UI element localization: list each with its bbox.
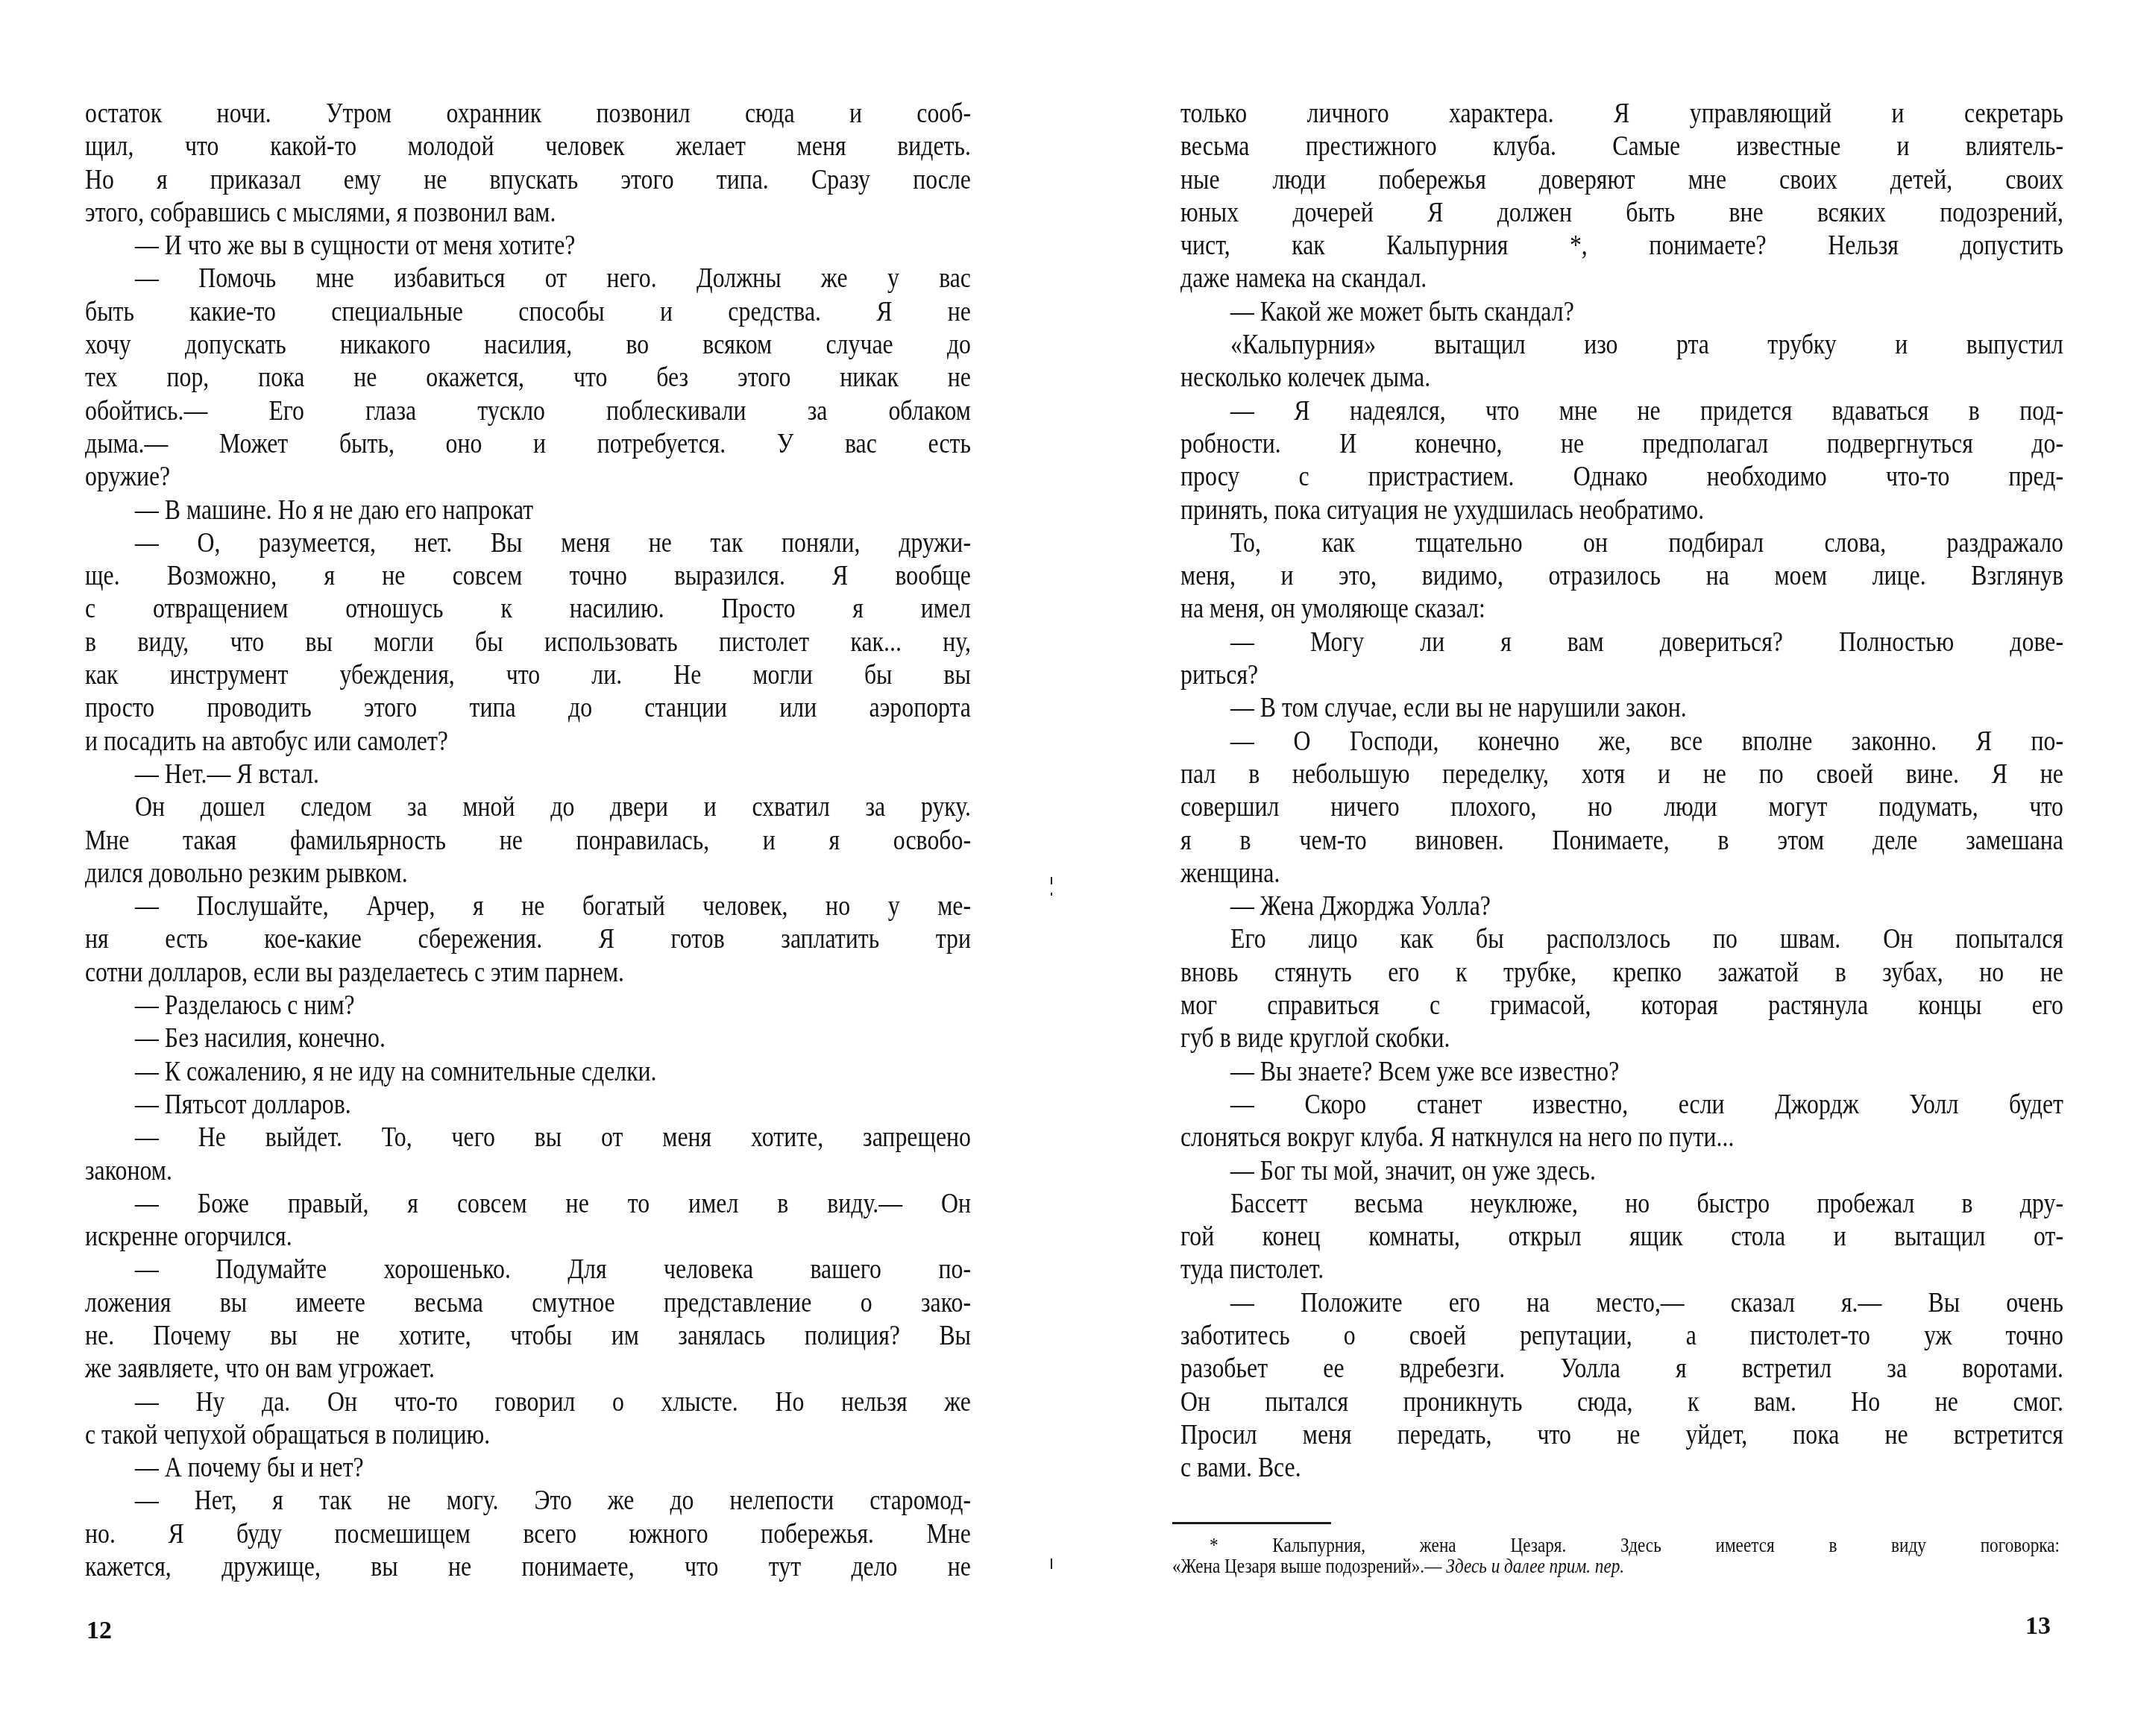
text-line-content: на меня, он умоляюще сказал: <box>1180 593 2063 626</box>
text-line-content: — О, разумеется, нет. Вы меня не так пон… <box>85 527 971 560</box>
text-line: робности. И конечно, не предполагал подв… <box>1180 428 2063 461</box>
text-line: Его лицо как бы расползлось по швам. Он … <box>1180 923 2063 956</box>
text-line-content: щил, что какой-то молодой человек желает… <box>85 130 971 163</box>
footnote-line: * Кальпурния, жена Цезаря. Здесь имеется… <box>1172 1535 2060 1556</box>
text-line: ще. Возможно, я не совсем точно выразилс… <box>85 560 971 593</box>
scan-speck <box>1051 1559 1052 1569</box>
text-line: же заявляете, что он вам угрожает. <box>85 1353 971 1386</box>
scan-speck <box>1051 893 1052 896</box>
text-line-content: «Кальпурния» вытащил изо рта трубку и вы… <box>1180 329 2063 362</box>
footnote-line-1-text: * Кальпурния, жена Цезаря. Здесь имеется… <box>1172 1535 2060 1556</box>
text-line-content: дился довольно резким рывком. <box>85 858 971 890</box>
text-line-content: просу с пристрастием. Однако необходимо … <box>1180 461 2063 494</box>
text-line: — В том случае, если вы не нарушили зако… <box>1180 692 2063 725</box>
text-line: обойтись.— Его глаза тускло поблескивали… <box>85 395 971 428</box>
text-line: — Пятьсот долларов. <box>85 1089 971 1122</box>
text-line-content: я в чем-то виновен. Понимаете, в этом де… <box>1180 825 2063 858</box>
text-line-content: меня, и это, видимо, отразилось на моем … <box>1180 560 2063 593</box>
text-line: не. Почему вы не хотите, чтобы им заняла… <box>85 1320 971 1353</box>
text-line-content: — Подумайте хорошенько. Для человека ваш… <box>85 1254 971 1286</box>
text-line-content: — В том случае, если вы не нарушили зако… <box>1180 692 2063 725</box>
text-line-content: Бассетт весьма неуклюже, но быстро пробе… <box>1180 1188 2063 1221</box>
text-line-content: — Ну да. Он что-то говорил о хлысте. Но … <box>85 1386 971 1419</box>
text-line: — Скоро станет известно, если Джордж Уол… <box>1180 1089 2063 1122</box>
scan-speck <box>1051 877 1052 884</box>
text-line: — И что же вы в сущности от меня хотите? <box>85 230 971 262</box>
text-line-content: — К сожалению, я не иду на сомнительные … <box>85 1056 971 1089</box>
text-line: — Какой же может быть скандал? <box>1180 296 2063 329</box>
text-line: слоняться вокруг клуба. Я наткнулся на н… <box>1180 1122 2063 1154</box>
text-line: То, как тщательно он подбирал слова, раз… <box>1180 527 2063 560</box>
text-line-content: как инструмент убеждения, что ли. Не мог… <box>85 659 971 692</box>
text-line-content: Он пытался проникнуть сюда, к вам. Но не… <box>1180 1386 2063 1419</box>
text-line: но. Я буду посмешищем всего южного побер… <box>85 1518 971 1551</box>
text-line-content: принять, пока ситуация не ухудшилась нео… <box>1180 494 2063 527</box>
text-line-content: — А почему бы и нет? <box>85 1452 971 1485</box>
text-line-content: — Бог ты мой, значит, он уже здесь. <box>1180 1155 2063 1188</box>
footnote-line: «Жена Цезаря выше подозрений».— Здесь и … <box>1172 1556 2060 1576</box>
text-line-content: ложения вы имеете весьма смутное предста… <box>85 1287 971 1320</box>
text-line-content: — В машине. Но я не даю его напрокат <box>85 494 971 527</box>
text-line: — Могу ли я вам довериться? Полностью до… <box>1180 626 2063 659</box>
footnote-line-2-text: «Жена Цезаря выше подозрений».— Здесь и … <box>1172 1556 2060 1576</box>
footnote: * Кальпурния, жена Цезаря. Здесь имеется… <box>1172 1535 2060 1576</box>
text-line: весьма престижного клуба. Самые известны… <box>1180 130 2063 163</box>
text-line: с отвращением отношусь к насилию. Просто… <box>85 593 971 626</box>
text-line: остаток ночи. Утром охранник позвонил сю… <box>85 98 971 130</box>
text-line-content: заботитесь о своей репутации, а пистолет… <box>1180 1320 2063 1353</box>
text-line-content: — Могу ли я вам довериться? Полностью до… <box>1180 626 2063 659</box>
text-line-content: Он дошел следом за мной до двери и схват… <box>85 791 971 824</box>
text-line: с вами. Все. <box>1180 1452 2063 1485</box>
text-line-content: — Не выйдет. То, чего вы от меня хотите,… <box>85 1122 971 1154</box>
text-line-content: Мне такая фамильярность не понравилась, … <box>85 825 971 858</box>
text-line: законом. <box>85 1155 971 1188</box>
text-line-content: — Жена Джорджа Уолла? <box>1180 890 2063 923</box>
text-line-content: Но я приказал ему не впускать этого типа… <box>85 164 971 197</box>
text-line: — Бог ты мой, значит, он уже здесь. <box>1180 1155 2063 1188</box>
text-line: только личного характера. Я управляющий … <box>1180 98 2063 130</box>
text-line: этого, собравшись с мыслями, я позвонил … <box>85 197 971 230</box>
text-line: дился довольно резким рывком. <box>85 858 971 890</box>
text-line-content: Просил меня передать, что не уйдет, пока… <box>1180 1419 2063 1452</box>
text-line-content: — Нет.— Я встал. <box>85 758 971 791</box>
text-line: разобьет ее вдребезги. Уолла я встретил … <box>1180 1353 2063 1386</box>
text-line-content: гой конец комнаты, открыл ящик стола и в… <box>1180 1221 2063 1254</box>
text-line: — Боже правый, я совсем не то имел в вид… <box>85 1188 971 1221</box>
text-line-content: юных дочерей Я должен быть вне всяких по… <box>1180 197 2063 230</box>
text-line-content: весьма престижного клуба. Самые известны… <box>1180 130 2063 163</box>
text-line-content: хочу допускать никакого насилия, во всяк… <box>85 329 971 362</box>
text-line-content: и посадить на автобус или самолет? <box>85 726 971 758</box>
text-line-content: ще. Возможно, я не совсем точно выразилс… <box>85 560 971 593</box>
text-line: даже намека на скандал. <box>1180 262 2063 295</box>
book-spread: остаток ночи. Утром охранник позвонил сю… <box>0 0 2132 1736</box>
text-line: с такой чепухой обращаться в полицию. <box>85 1419 971 1452</box>
text-line: — Подумайте хорошенько. Для человека ваш… <box>85 1254 971 1286</box>
text-line-content: несколько колечек дыма. <box>1180 362 2063 394</box>
text-line: просто проводить этого типа до станции и… <box>85 692 971 725</box>
text-line: тех пор, пока не окажется, что без этого… <box>85 362 971 394</box>
right-page-number: 13 <box>2025 1614 2051 1639</box>
text-line: женщина. <box>1180 858 2063 890</box>
text-line-content: даже намека на скандал. <box>1180 262 2063 295</box>
text-line-content: — О Господи, конечно же, все вполне зако… <box>1180 726 2063 758</box>
text-line-content: с отвращением отношусь к насилию. Просто… <box>85 593 971 626</box>
text-line: — Нет.— Я встал. <box>85 758 971 791</box>
text-line-content: пал в небольшую переделку, хотя и не по … <box>1180 758 2063 791</box>
text-line-content: же заявляете, что он вам угрожает. <box>85 1353 971 1386</box>
text-line: — О Господи, конечно же, все вполне зако… <box>1180 726 2063 758</box>
text-line-content: с такой чепухой обращаться в полицию. <box>85 1419 971 1452</box>
text-line: — Не выйдет. То, чего вы от меня хотите,… <box>85 1122 971 1154</box>
text-line: Но я приказал ему не впускать этого типа… <box>85 164 971 197</box>
text-line: губ в виде круглой скобки. <box>1180 1022 2063 1055</box>
text-line-content: дыма.— Может быть, оно и потребуется. У … <box>85 428 971 461</box>
text-line-content: оружие? <box>85 461 971 494</box>
text-line-content: тех пор, пока не окажется, что без этого… <box>85 362 971 394</box>
text-line: — Вы знаете? Всем уже все известно? <box>1180 1056 2063 1089</box>
text-line: дыма.— Может быть, оно и потребуется. У … <box>85 428 971 461</box>
text-line-content: Его лицо как бы расползлось по швам. Он … <box>1180 923 2063 956</box>
text-line: хочу допускать никакого насилия, во всяк… <box>85 329 971 362</box>
text-line: — Жена Джорджа Уолла? <box>1180 890 2063 923</box>
text-line: заботитесь о своей репутации, а пистолет… <box>1180 1320 2063 1353</box>
text-line-content: этого, собравшись с мыслями, я позвонил … <box>85 197 971 230</box>
text-line: риться? <box>1180 659 2063 692</box>
text-line: Мне такая фамильярность не понравилась, … <box>85 825 971 858</box>
text-line: щил, что какой-то молодой человек желает… <box>85 130 971 163</box>
text-line: туда пистолет. <box>1180 1254 2063 1286</box>
text-line-content: кажется, дружище, вы не понимаете, что т… <box>85 1551 971 1584</box>
text-line: Бассетт весьма неуклюже, но быстро пробе… <box>1180 1188 2063 1221</box>
text-line: ня есть кое-какие сбережения. Я готов за… <box>85 923 971 956</box>
text-line-content: ные люди побережья доверяют мне своих де… <box>1180 164 2063 197</box>
footnote-separator-rule <box>1172 1522 1331 1524</box>
text-line-content: — Я надеялся, что мне не придется вдават… <box>1180 395 2063 428</box>
text-line: — Ну да. Он что-то говорил о хлысте. Но … <box>85 1386 971 1419</box>
text-line: мог справиться с гримасой, которая растя… <box>1180 990 2063 1022</box>
text-line-content: — Разделаюсь с ним? <box>85 990 971 1022</box>
text-line: я в чем-то виновен. Понимаете, в этом де… <box>1180 825 2063 858</box>
text-line-content: ня есть кое-какие сбережения. Я готов за… <box>85 923 971 956</box>
text-line-content: женщина. <box>1180 858 2063 890</box>
text-line-content: с вами. Все. <box>1180 1452 2063 1485</box>
text-line: быть какие-то специальные способы и сред… <box>85 296 971 329</box>
text-line-content: — Положите его на место,— сказал я.— Вы … <box>1180 1287 2063 1320</box>
text-line-content: чист, как Кальпурния *, понимаете? Нельз… <box>1180 230 2063 262</box>
footnote-quote: «Жена Цезаря выше подозрений».— <box>1172 1555 1446 1577</box>
text-line: несколько колечек дыма. <box>1180 362 2063 394</box>
text-line-content: не. Почему вы не хотите, чтобы им заняла… <box>85 1320 971 1353</box>
translator-note: Здесь и далее прим. пер. <box>1446 1555 1624 1577</box>
text-line: — Я надеялся, что мне не придется вдават… <box>1180 395 2063 428</box>
text-line: просу с пристрастием. Однако необходимо … <box>1180 461 2063 494</box>
text-line-content: — И что же вы в сущности от меня хотите? <box>85 230 971 262</box>
text-line: Он дошел следом за мной до двери и схват… <box>85 791 971 824</box>
text-line: ные люди побережья доверяют мне своих де… <box>1180 164 2063 197</box>
text-line: — Положите его на место,— сказал я.— Вы … <box>1180 1287 2063 1320</box>
text-line: — О, разумеется, нет. Вы меня не так пон… <box>85 527 971 560</box>
text-line: — Без насилия, конечно. <box>85 1022 971 1055</box>
text-line-content: разобьет ее вдребезги. Уолла я встретил … <box>1180 1353 2063 1386</box>
text-line-content: робности. И конечно, не предполагал подв… <box>1180 428 2063 461</box>
text-line-content: слоняться вокруг клуба. Я наткнулся на н… <box>1180 1122 2063 1154</box>
text-line-content: просто проводить этого типа до станции и… <box>85 692 971 725</box>
text-line-content: — Вы знаете? Всем уже все известно? <box>1180 1056 2063 1089</box>
text-line: совершил ничего плохого, но люди могут п… <box>1180 791 2063 824</box>
text-line-content: риться? <box>1180 659 2063 692</box>
text-line-content: только личного характера. Я управляющий … <box>1180 98 2063 130</box>
text-line-content: быть какие-то специальные способы и сред… <box>85 296 971 329</box>
left-page-text-column: остаток ночи. Утром охранник позвонил сю… <box>85 98 971 1584</box>
left-page-number: 12 <box>87 1618 112 1644</box>
text-line-content: — Послушайте, Арчер, я не богатый челове… <box>85 890 971 923</box>
text-line-content: искренне огорчился. <box>85 1221 971 1254</box>
text-line: Просил меня передать, что не уйдет, пока… <box>1180 1419 2063 1452</box>
text-line: — Помочь мне избавиться от него. Должны … <box>85 262 971 295</box>
text-line-content: туда пистолет. <box>1180 1254 2063 1286</box>
text-line-content: губ в виде круглой скобки. <box>1180 1022 2063 1055</box>
text-line-content: — Скоро станет известно, если Джордж Уол… <box>1180 1089 2063 1122</box>
text-line-content: — Без насилия, конечно. <box>85 1022 971 1055</box>
text-line-content: но. Я буду посмешищем всего южного побер… <box>85 1518 971 1551</box>
text-line-content: в виду, что вы могли бы использовать пис… <box>85 626 971 659</box>
text-line-content: сотни долларов, если вы разделаетесь с э… <box>85 957 971 990</box>
text-line: кажется, дружище, вы не понимаете, что т… <box>85 1551 971 1584</box>
text-line: в виду, что вы могли бы использовать пис… <box>85 626 971 659</box>
text-line: Он пытался проникнуть сюда, к вам. Но не… <box>1180 1386 2063 1419</box>
text-line: гой конец комнаты, открыл ящик стола и в… <box>1180 1221 2063 1254</box>
text-line-content: То, как тщательно он подбирал слова, раз… <box>1180 527 2063 560</box>
text-line: принять, пока ситуация не ухудшилась нео… <box>1180 494 2063 527</box>
text-line: «Кальпурния» вытащил изо рта трубку и вы… <box>1180 329 2063 362</box>
right-page: только личного характера. Я управляющий … <box>1059 0 2132 1736</box>
text-line: — А почему бы и нет? <box>85 1452 971 1485</box>
right-page-text-column: только личного характера. Я управляющий … <box>1180 98 2063 1485</box>
text-line: на меня, он умоляюще сказал: <box>1180 593 2063 626</box>
text-line: чист, как Кальпурния *, понимаете? Нельз… <box>1180 230 2063 262</box>
text-line: искренне огорчился. <box>85 1221 971 1254</box>
text-line-content: — Боже правый, я совсем не то имел в вид… <box>85 1188 971 1221</box>
text-line: юных дочерей Я должен быть вне всяких по… <box>1180 197 2063 230</box>
text-line-content: — Какой же может быть скандал? <box>1180 296 2063 329</box>
text-line-content: — Нет, я так не могу. Это же до нелепост… <box>85 1485 971 1518</box>
text-line: сотни долларов, если вы разделаетесь с э… <box>85 957 971 990</box>
text-line: — Послушайте, Арчер, я не богатый челове… <box>85 890 971 923</box>
left-page: остаток ночи. Утром охранник позвонил сю… <box>0 0 1059 1736</box>
text-line-content: законом. <box>85 1155 971 1188</box>
text-line-content: мог справиться с гримасой, которая растя… <box>1180 990 2063 1022</box>
text-line-content: обойтись.— Его глаза тускло поблескивали… <box>85 395 971 428</box>
text-line: оружие? <box>85 461 971 494</box>
text-line-content: совершил ничего плохого, но люди могут п… <box>1180 791 2063 824</box>
text-line: меня, и это, видимо, отразилось на моем … <box>1180 560 2063 593</box>
text-line: и посадить на автобус или самолет? <box>85 726 971 758</box>
text-line-content: — Пятьсот долларов. <box>85 1089 971 1122</box>
text-line-content: остаток ночи. Утром охранник позвонил сю… <box>85 98 971 130</box>
text-line: как инструмент убеждения, что ли. Не мог… <box>85 659 971 692</box>
text-line: ложения вы имеете весьма смутное предста… <box>85 1287 971 1320</box>
text-line: — Нет, я так не могу. Это же до нелепост… <box>85 1485 971 1518</box>
text-line-content: — Помочь мне избавиться от него. Должны … <box>85 262 971 295</box>
text-line: — Разделаюсь с ним? <box>85 990 971 1022</box>
text-line: — В машине. Но я не даю его напрокат <box>85 494 971 527</box>
text-line: — К сожалению, я не иду на сомнительные … <box>85 1056 971 1089</box>
text-line: пал в небольшую переделку, хотя и не по … <box>1180 758 2063 791</box>
text-line: вновь стянуть его к трубке, крепко зажат… <box>1180 957 2063 990</box>
text-line-content: вновь стянуть его к трубке, крепко зажат… <box>1180 957 2063 990</box>
